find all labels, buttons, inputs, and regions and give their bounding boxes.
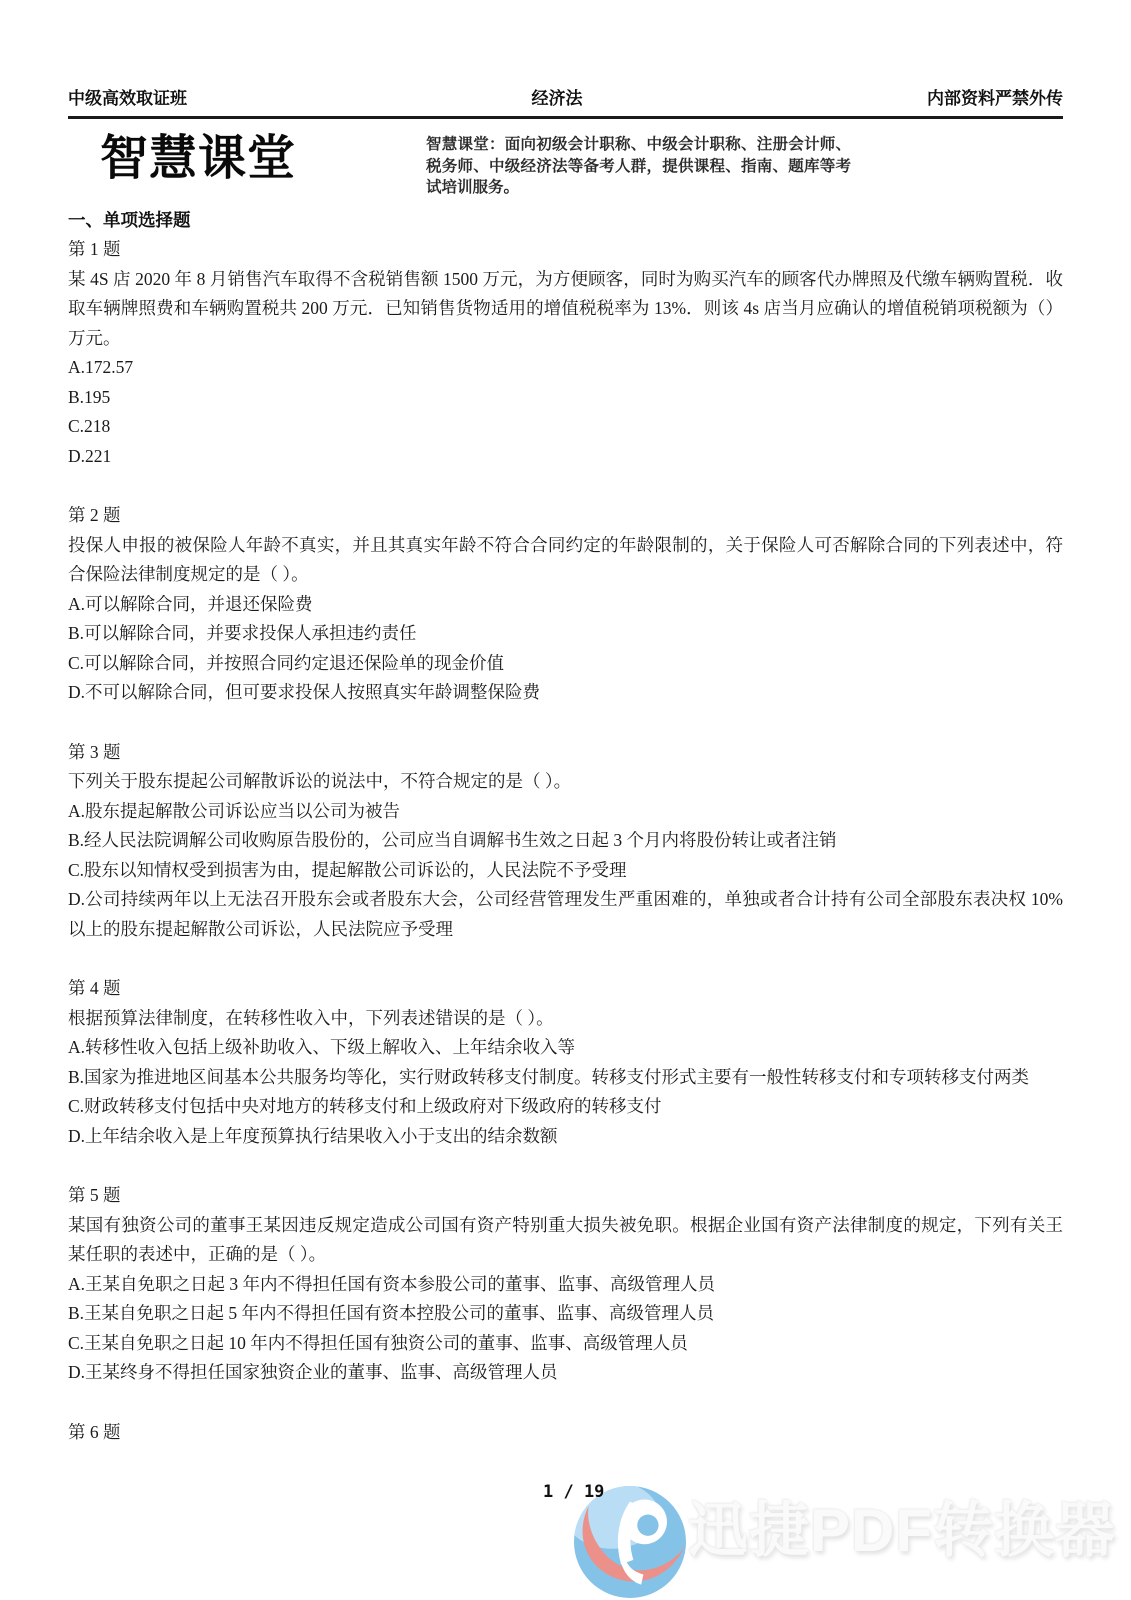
brand-banner: 智慧课堂 智慧课堂：面向初级会计职称、中级会计职称、注册会计师、税务师、中级经济…	[68, 133, 1063, 199]
document-page: 中级高效取证班 经济法 内部资料严禁外传 智慧课堂 智慧课堂：面向初级会计职称、…	[0, 0, 1131, 1600]
question-4: 第 4 题 根据预算法律制度，在转移性收入中，下列表述错误的是（ ）。 A.转移…	[68, 974, 1063, 1151]
question-2-number: 第 2 题	[68, 501, 1063, 531]
question-2-option-b: B.可以解除合同，并要求投保人承担违约责任	[68, 619, 1063, 649]
question-3-option-b: B.经人民法院调解公司收购原告股份的，公司应当自调解书生效之日起 3 个月内将股…	[68, 826, 1063, 856]
brand-logo-wordmark: 智慧课堂	[100, 133, 296, 199]
question-4-number: 第 4 题	[68, 974, 1063, 1004]
header-confidential-notice: 内部资料严禁外传	[927, 84, 1063, 109]
question-1-stem: 某 4S 店 2020 年 8 月销售汽车取得不含税销售额 1500 万元，为方…	[68, 265, 1063, 354]
question-6: 第 6 题	[68, 1418, 1063, 1448]
question-4-option-c: C.财政转移支付包括中央对地方的转移支付和上级政府对下级政府的转移支付	[68, 1092, 1063, 1122]
page-indicator: 1 / 19	[543, 1482, 604, 1502]
question-1-option-c: C.218	[68, 412, 1063, 442]
brand-description: 智慧课堂：面向初级会计职称、中级会计职称、注册会计师、税务师、中级经济法等备考人…	[426, 134, 851, 199]
question-3: 第 3 题 下列关于股东提起公司解散诉讼的说法中，不符合规定的是（ ）。 A.股…	[68, 738, 1063, 945]
question-1: 第 1 题 某 4S 店 2020 年 8 月销售汽车取得不含税销售额 1500…	[68, 235, 1063, 471]
question-1-option-d: D.221	[68, 442, 1063, 472]
header-divider	[68, 116, 1063, 119]
header-subject-name: 经济法	[532, 84, 583, 109]
question-5: 第 5 题 某国有独资公司的董事王某因违反规定造成公司国有资产特别重大损失被免职…	[68, 1181, 1063, 1388]
question-3-number: 第 3 题	[68, 738, 1063, 768]
question-3-option-d: D.公司持续两年以上无法召开股东会或者股东大会，公司经营管理发生严重困难的，单独…	[68, 885, 1063, 944]
question-4-stem: 根据预算法律制度，在转移性收入中，下列表述错误的是（ ）。	[68, 1004, 1063, 1034]
question-5-option-c: C.王某自免职之日起 10 年内不得担任国有独资公司的董事、监事、高级管理人员	[68, 1329, 1063, 1359]
question-3-option-a: A.股东提起解散公司诉讼应当以公司为被告	[68, 797, 1063, 827]
question-4-option-b: B.国家为推进地区间基本公共服务均等化，实行财政转移支付制度。转移支付形式主要有…	[68, 1063, 1063, 1093]
pdf-converter-watermark-text: 迅捷PDF转换器	[688, 1494, 1116, 1568]
question-1-option-b: B.195	[68, 383, 1063, 413]
section-title: 一、单项选择题	[68, 206, 1063, 236]
question-2: 第 2 题 投保人申报的被保险人年龄不真实，并且其真实年龄不符合合同约定的年龄限…	[68, 501, 1063, 708]
pdf-converter-logo-icon	[574, 1486, 686, 1598]
question-4-option-a: A.转移性收入包括上级补助收入、下级上解收入、上年结余收入等	[68, 1033, 1063, 1063]
question-5-stem: 某国有独资公司的董事王某因违反规定造成公司国有资产特别重大损失被免职。根据企业国…	[68, 1211, 1063, 1270]
question-5-number: 第 5 题	[68, 1181, 1063, 1211]
question-5-option-b: B.王某自免职之日起 5 年内不得担任国有资本控股公司的董事、监事、高级管理人员	[68, 1299, 1063, 1329]
question-6-number: 第 6 题	[68, 1418, 1063, 1448]
questions-area: 第 1 题 某 4S 店 2020 年 8 月销售汽车取得不含税销售额 1500…	[68, 235, 1063, 1447]
question-1-number: 第 1 题	[68, 235, 1063, 265]
question-5-option-a: A.王某自免职之日起 3 年内不得担任国有资本参股公司的董事、监事、高级管理人员	[68, 1270, 1063, 1300]
question-4-option-d: D.上年结余收入是上年度预算执行结果收入小于支出的结余数额	[68, 1122, 1063, 1152]
question-1-option-a: A.172.57	[68, 353, 1063, 383]
question-2-option-c: C.可以解除合同，并按照合同约定退还保险单的现金价值	[68, 649, 1063, 679]
question-2-option-d: D.不可以解除合同，但可要求投保人按照真实年龄调整保险费	[68, 678, 1063, 708]
question-3-option-c: C.股东以知情权受到损害为由，提起解散公司诉讼的，人民法院不予受理	[68, 856, 1063, 886]
question-2-stem: 投保人申报的被保险人年龄不真实，并且其真实年龄不符合合同约定的年龄限制的，关于保…	[68, 531, 1063, 590]
question-3-stem: 下列关于股东提起公司解散诉讼的说法中，不符合规定的是（ ）。	[68, 767, 1063, 797]
header-course-name: 中级高效取证班	[68, 84, 187, 109]
question-5-option-d: D.王某终身不得担任国家独资企业的董事、监事、高级管理人员	[68, 1358, 1063, 1388]
question-2-option-a: A.可以解除合同，并退还保险费	[68, 590, 1063, 620]
page-header: 中级高效取证班 经济法 内部资料严禁外传	[68, 0, 1063, 109]
